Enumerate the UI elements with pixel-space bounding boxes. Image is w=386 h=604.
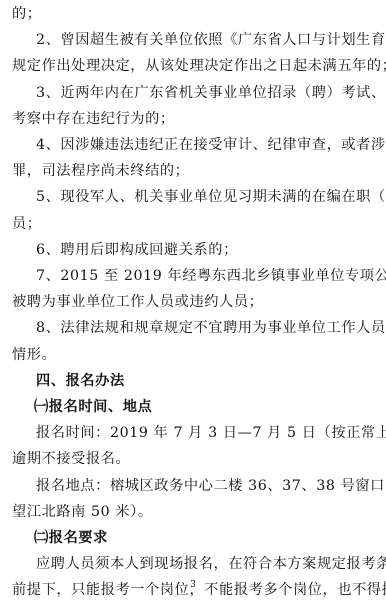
section-heading: 四、报名办法 <box>36 371 374 391</box>
paragraph-line: 4、因涉嫌违法违纪正在接受审计、纪律审查，或者涉嫌犯 <box>36 135 374 155</box>
paragraph-line: 考察中存在违纪行为的； <box>12 109 374 129</box>
paragraph-line: 报名地点：榕城区政务中心二楼 36、37、38 号窗口（榕城区 <box>36 476 374 496</box>
section-heading: ㈠报名时间、地点 <box>34 397 386 417</box>
paragraph-line: 员； <box>12 214 374 234</box>
paragraph-line: 报名时间：2019 年 7 月 3 日—7 月 5 日（按正常上班时间）， <box>36 423 374 443</box>
paragraph-line: 望江北路南 50 米）。 <box>12 502 374 522</box>
paragraph-line: 5、现役军人、机关事业单位见习期未满的在编在职（岗）人 <box>36 187 374 207</box>
document-page: 的；2、曾因超生被有关单位依照《广东省人口与计划生育条例》规定作出处理决定，从该… <box>0 0 386 604</box>
paragraph-line: 被聘为事业单位工作人员或违约人员； <box>12 292 374 312</box>
paragraph-line: 逾期不接受报名。 <box>12 449 374 469</box>
paragraph-line: 罪，司法程序尚未终结的； <box>12 161 374 181</box>
page-number: 3 <box>0 580 386 590</box>
paragraph-line: 规定作出处理决定，从该处理决定作出之日起未满五年的； <box>12 56 374 76</box>
paragraph-line: 3、近两年内在广东省机关事业单位招录（聘）考试、体检或 <box>36 83 374 103</box>
paragraph-line: 的； <box>12 4 374 24</box>
paragraph-line: 6、聘用后即构成回避关系的； <box>36 240 374 260</box>
paragraph-line: 7、2015 至 2019 年经粤东西北乡镇事业单位专项公开招聘已 <box>36 266 374 286</box>
paragraph-line: 2、曾因超生被有关单位依照《广东省人口与计划生育条例》 <box>36 30 374 50</box>
paragraph-line: 情形。 <box>12 345 374 365</box>
paragraph-line: 应聘人员须本人到现场报名，在符合本方案规定报考条件的 <box>36 554 374 574</box>
section-heading: ㈡报名要求 <box>34 528 386 548</box>
paragraph-line: 8、法律法规和规章规定不宜聘用为事业单位工作人员的其他 <box>36 318 374 338</box>
